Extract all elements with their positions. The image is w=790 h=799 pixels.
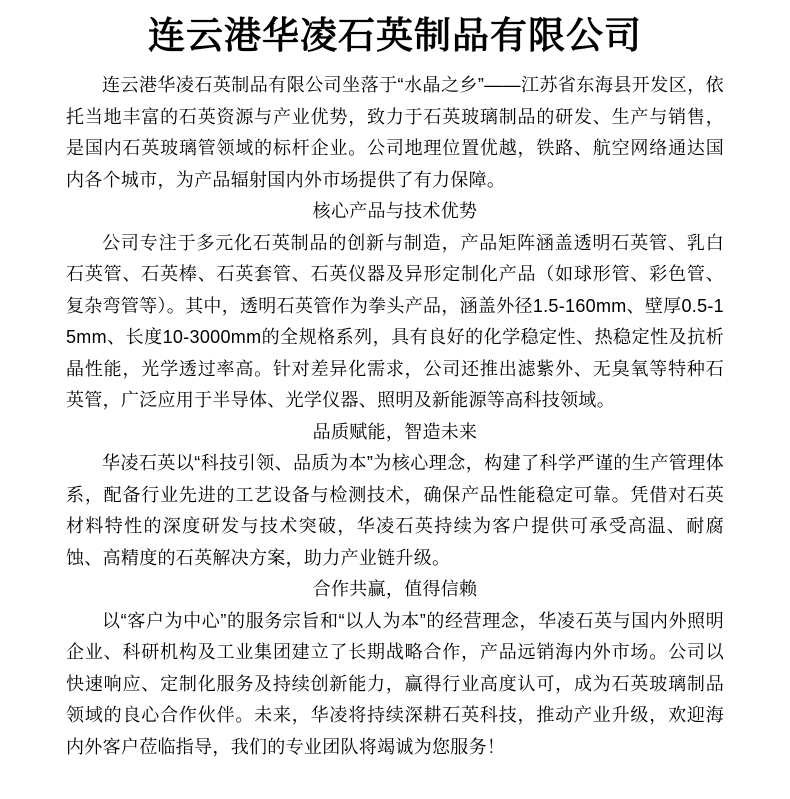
section-heading-core-products: 核心产品与技术优势 (66, 196, 724, 228)
section-heading-cooperation: 合作共赢，值得信赖 (66, 574, 724, 606)
page-title: 连云港华凌石英制品有限公司 (66, 12, 724, 60)
paragraph-core-products: 公司专注于多元化石英制品的创新与制造，产品矩阵涵盖透明石英管、乳白石英管、石英棒… (66, 228, 724, 417)
paragraph-company-intro: 连云港华凌石英制品有限公司坐落于“水晶之乡”——江苏省东海县开发区，依托当地丰富… (66, 70, 724, 196)
paragraph-quality: 华凌石英以“科技引领、品质为本”为核心理念，构建了科学严谨的生产管理体系，配备行… (66, 448, 724, 574)
company-profile-document: 连云港华凌石英制品有限公司 连云港华凌石英制品有限公司坐落于“水晶之乡”——江苏… (0, 0, 790, 799)
section-heading-quality: 品质赋能，智造未来 (66, 417, 724, 449)
paragraph-cooperation: 以“客户为中心”的服务宗旨和“以人为本”的经营理念，华凌石英与国内外照明企业、科… (66, 606, 724, 764)
